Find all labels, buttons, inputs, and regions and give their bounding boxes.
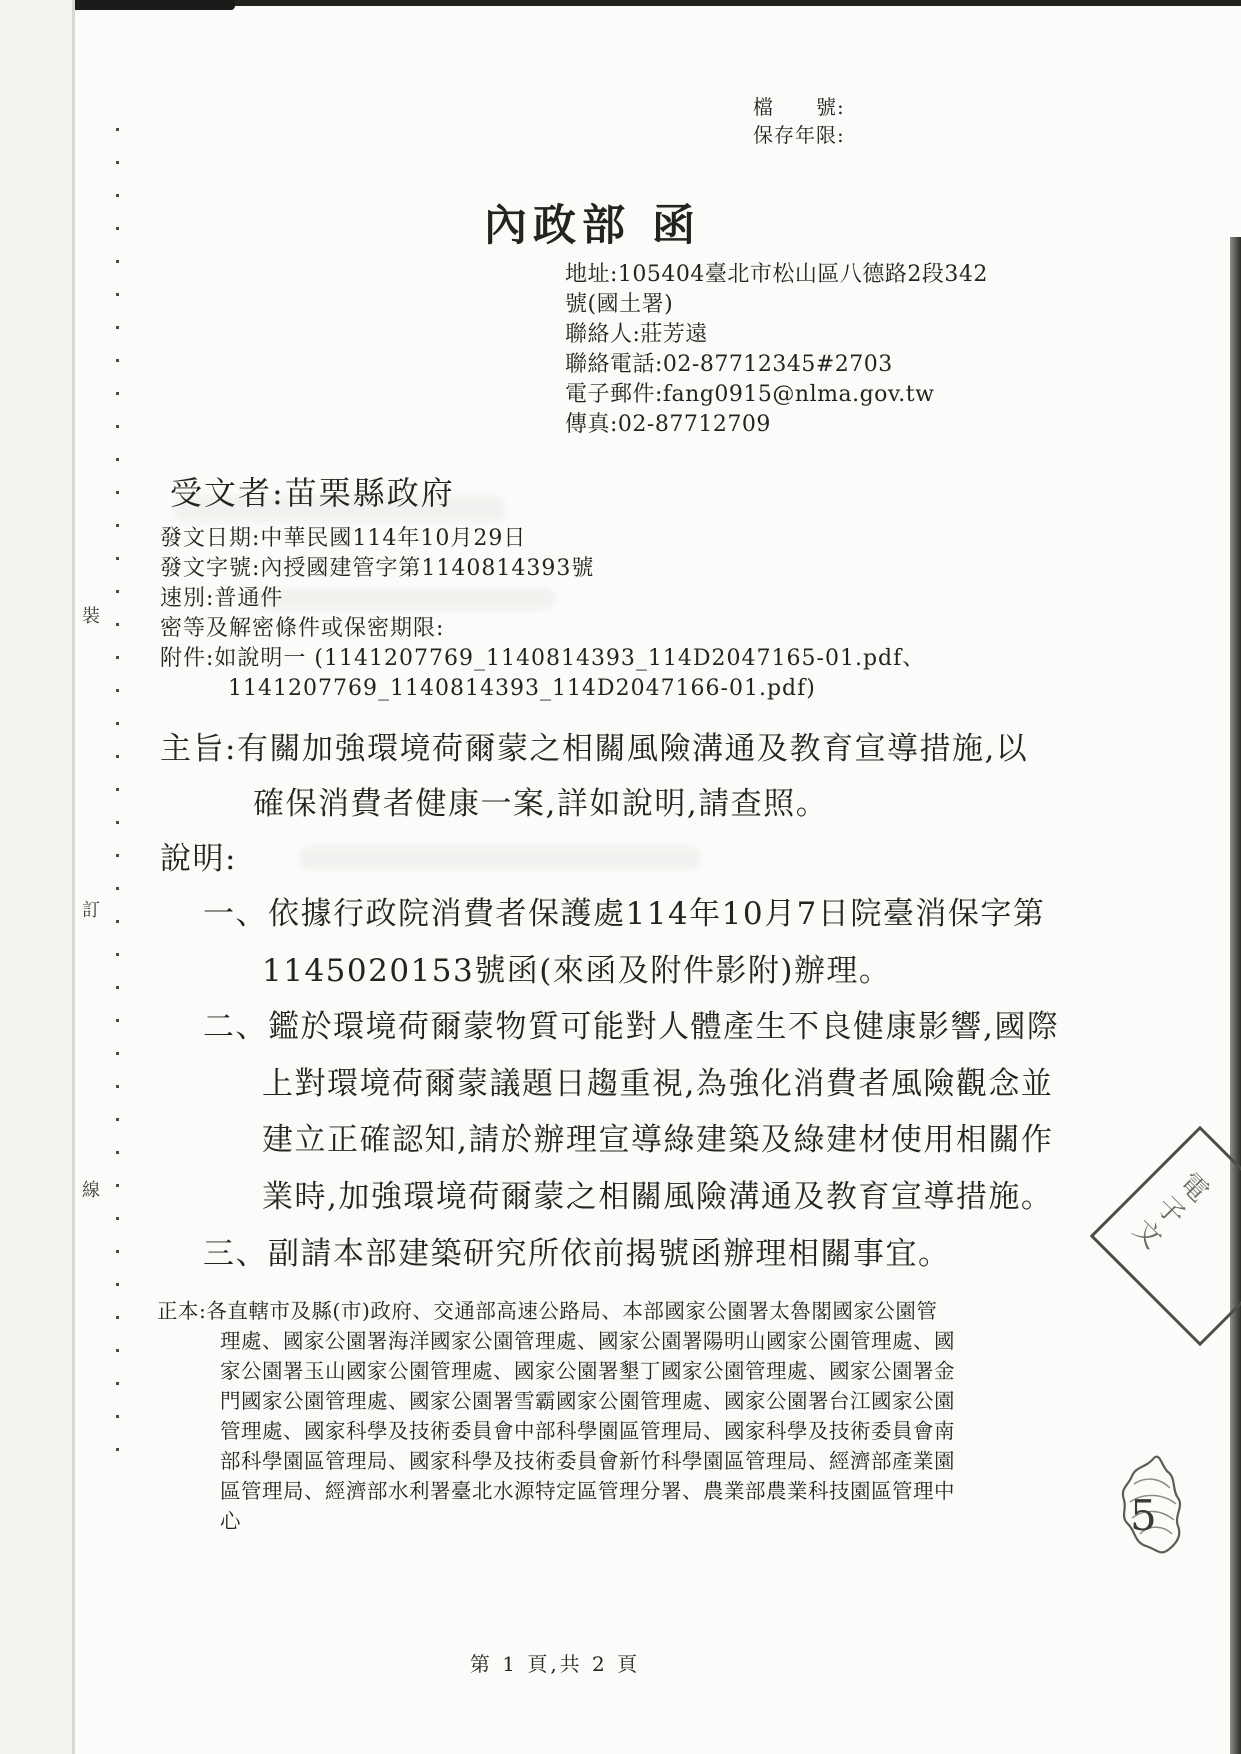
paper-fold-line xyxy=(72,0,75,1754)
recipient-line: 受文者:苗栗縣政府 xyxy=(170,468,455,514)
seal-swirl-1 xyxy=(1134,1479,1170,1488)
item-2-line-1: 二、鑑於環境荷爾蒙物質可能對人體產生不良健康影響,國際 xyxy=(203,999,1059,1056)
copies-line-4: 門國家公園管理處、國家公園署雪霸國家公園管理處、國家公園署台江國家公園 xyxy=(220,1386,955,1416)
scanned-letter-page: 裝 訂 線 檔 號: 保存年限: 內政部 函 地址:105404臺北市松山區八德… xyxy=(0,0,1241,1754)
sender-contact-block: 地址:105404臺北市松山區八德路2段342 號(國土署) 聯絡人:莊芳遠 聯… xyxy=(565,260,988,440)
page-number-footer: 第 1 頁,共 2 頁 xyxy=(330,1648,780,1677)
item-2-line-4: 業時,加強環境荷爾蒙之相關風險溝通及教育宣導措施。 xyxy=(262,1169,1059,1226)
item-3-line-1: 三、副請本部建築研究所依前揭號函辦理相關事宜。 xyxy=(203,1226,1059,1283)
original-copies-block: 正本:各直轄市及縣(市)政府、交通部高速公路局、本部國家公園署太魯閣國家公園管 … xyxy=(157,1296,955,1536)
seal-number: 5 xyxy=(1130,1491,1157,1540)
sender-address-line1: 地址:105404臺北市松山區八德路2段342 xyxy=(565,260,988,290)
subject-line-2: 確保消費者健康一案,詳如說明,請查照。 xyxy=(253,777,1028,832)
document-meta-block: 發文日期:中華民國114年10月29日 發文字號:內授國建管字第11408143… xyxy=(160,524,925,704)
copies-line-1: 正本:各直轄市及縣(市)政府、交通部高速公路局、本部國家公園署太魯閣國家公園管 xyxy=(157,1296,955,1326)
scan-edge-right xyxy=(1230,237,1241,1754)
item-2-line-2: 上對環境荷爾蒙議題日趨重視,為強化消費者風險觀念並 xyxy=(262,1056,1059,1113)
electronic-exchange-stamp: 電子文 xyxy=(1090,1126,1241,1347)
file-number-block: 檔 號: 保存年限: xyxy=(753,93,845,149)
copies-line-8: 心 xyxy=(220,1506,955,1536)
classification-line: 密等及解密條件或保密期限: xyxy=(160,614,925,644)
copies-line-7: 區管理局、經濟部水利署臺北水源特定區管理分署、農業部農業科技園區管理中 xyxy=(220,1476,955,1506)
left-margin-fold-area xyxy=(0,0,72,1754)
issue-date-line: 發文日期:中華民國114年10月29日 xyxy=(160,524,925,554)
binding-mark-xian: 線 xyxy=(82,1176,100,1202)
attachment-line-1: 附件:如說明一 (1141207769_1140814393_114D20471… xyxy=(160,644,925,674)
item-1-line-2: 1145020153號函(來函及附件影附)辦理。 xyxy=(262,943,1059,1000)
ink-bleedthrough-smudge xyxy=(300,846,700,870)
binding-mark-ding: 訂 xyxy=(82,896,100,922)
sender-phone: 聯絡電話:02-87712345#2703 xyxy=(565,350,988,380)
issue-number-line: 發文字號:內授國建管字第1140814393號 xyxy=(160,554,925,584)
retention-period-label: 保存年限: xyxy=(753,121,845,149)
sender-contact-person: 聯絡人:莊芳遠 xyxy=(565,320,988,350)
item-2-line-3: 建立正確認知,請於辦理宣導綠建築及綠建材使用相關作 xyxy=(262,1112,1059,1169)
copies-line-5: 管理處、國家科學及技術委員會中部科學園區管理局、國家科學及技術委員會南 xyxy=(220,1416,955,1446)
document-title: 內政部 函 xyxy=(484,192,701,253)
item-1-line-1: 一、依據行政院消費者保護處114年10月7日院臺消保字第 xyxy=(203,886,1059,943)
copies-line-6: 部科學園區管理局、國家科學及技術委員會新竹科學園區管理局、經濟部產業園 xyxy=(220,1446,955,1476)
copies-line-2: 理處、國家公園署海洋國家公園管理處、國家公園署陽明山國家公園管理處、國 xyxy=(220,1326,955,1356)
explanation-items: 一、依據行政院消費者保護處114年10月7日院臺消保字第 1145020153號… xyxy=(203,886,1059,1282)
file-number-label: 檔 號: xyxy=(753,93,845,121)
sender-address-line2: 號(國土署) xyxy=(565,290,988,320)
explanation-label: 說明: xyxy=(160,833,237,878)
binding-dotted-line xyxy=(116,128,119,1458)
subject-line-1: 主旨:有關加強環境荷爾蒙之相關風險溝通及教育宣導措施,以 xyxy=(160,722,1028,777)
attachment-line-2: 1141207769_1140814393_114D2047166-01.pdf… xyxy=(228,674,925,704)
priority-line: 速別:普通件 xyxy=(160,584,925,614)
copies-content-1: 各直轄市及縣(市)政府、交通部高速公路局、本部國家公園署太魯閣國家公園管 xyxy=(206,1299,937,1323)
exchange-stamp-text: 電子文 xyxy=(1119,1161,1217,1259)
copies-line-3: 家公園署玉山國家公園管理處、國家公園署墾丁國家公園管理處、國家公園署金 xyxy=(220,1356,955,1386)
sender-fax: 傳真:02-87712709 xyxy=(565,410,988,440)
copies-label: 正本: xyxy=(157,1299,206,1323)
sender-email: 電子郵件:fang0915@nlma.gov.tw xyxy=(565,380,988,410)
subject-block: 主旨:有關加強環境荷爾蒙之相關風險溝通及教育宣導措施,以 確保消費者健康一案,詳… xyxy=(160,722,1028,832)
binding-mark-zhuang: 裝 xyxy=(82,602,100,628)
page-count-seal: 5 xyxy=(1116,1450,1186,1560)
